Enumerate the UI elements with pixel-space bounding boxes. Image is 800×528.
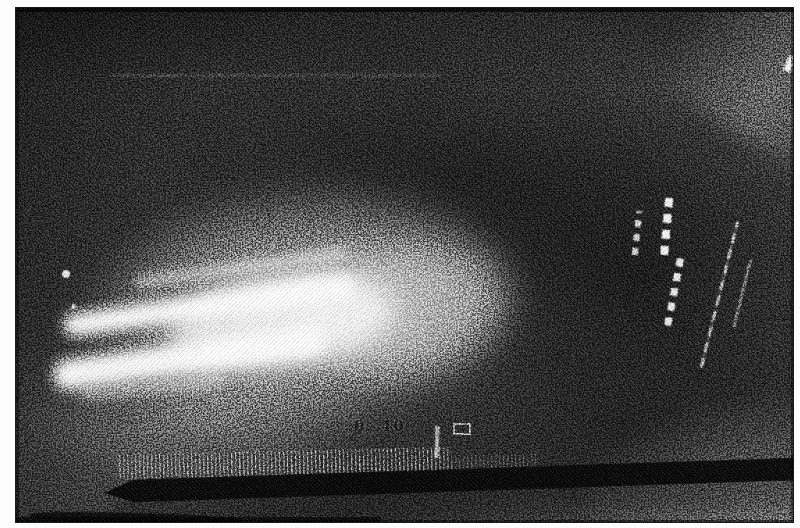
diagonal-wire-highlight-2 [732,260,752,329]
bright-tag-outline [453,423,471,435]
bright-speck-left-1 [62,270,70,278]
top-right-light-band [650,8,793,194]
photo-edge-top [16,8,793,12]
photo-edge-left [16,8,19,522]
diagonal-wire-highlight [700,222,739,368]
faint-horizontal-highlight [111,74,441,77]
photograph: 0. 40 [16,8,793,522]
bright-speck-left-2 [71,304,76,309]
scanned-page: 0. 40 [0,0,800,528]
scale-label: 0. 40 [354,417,406,435]
vertical-reflection-left [632,211,643,255]
vertical-reflection-main-upper [660,191,674,255]
photo-edge-right [791,8,793,522]
vertical-reflection-main-lower [664,254,685,326]
photo-edge-bottom [16,520,793,522]
